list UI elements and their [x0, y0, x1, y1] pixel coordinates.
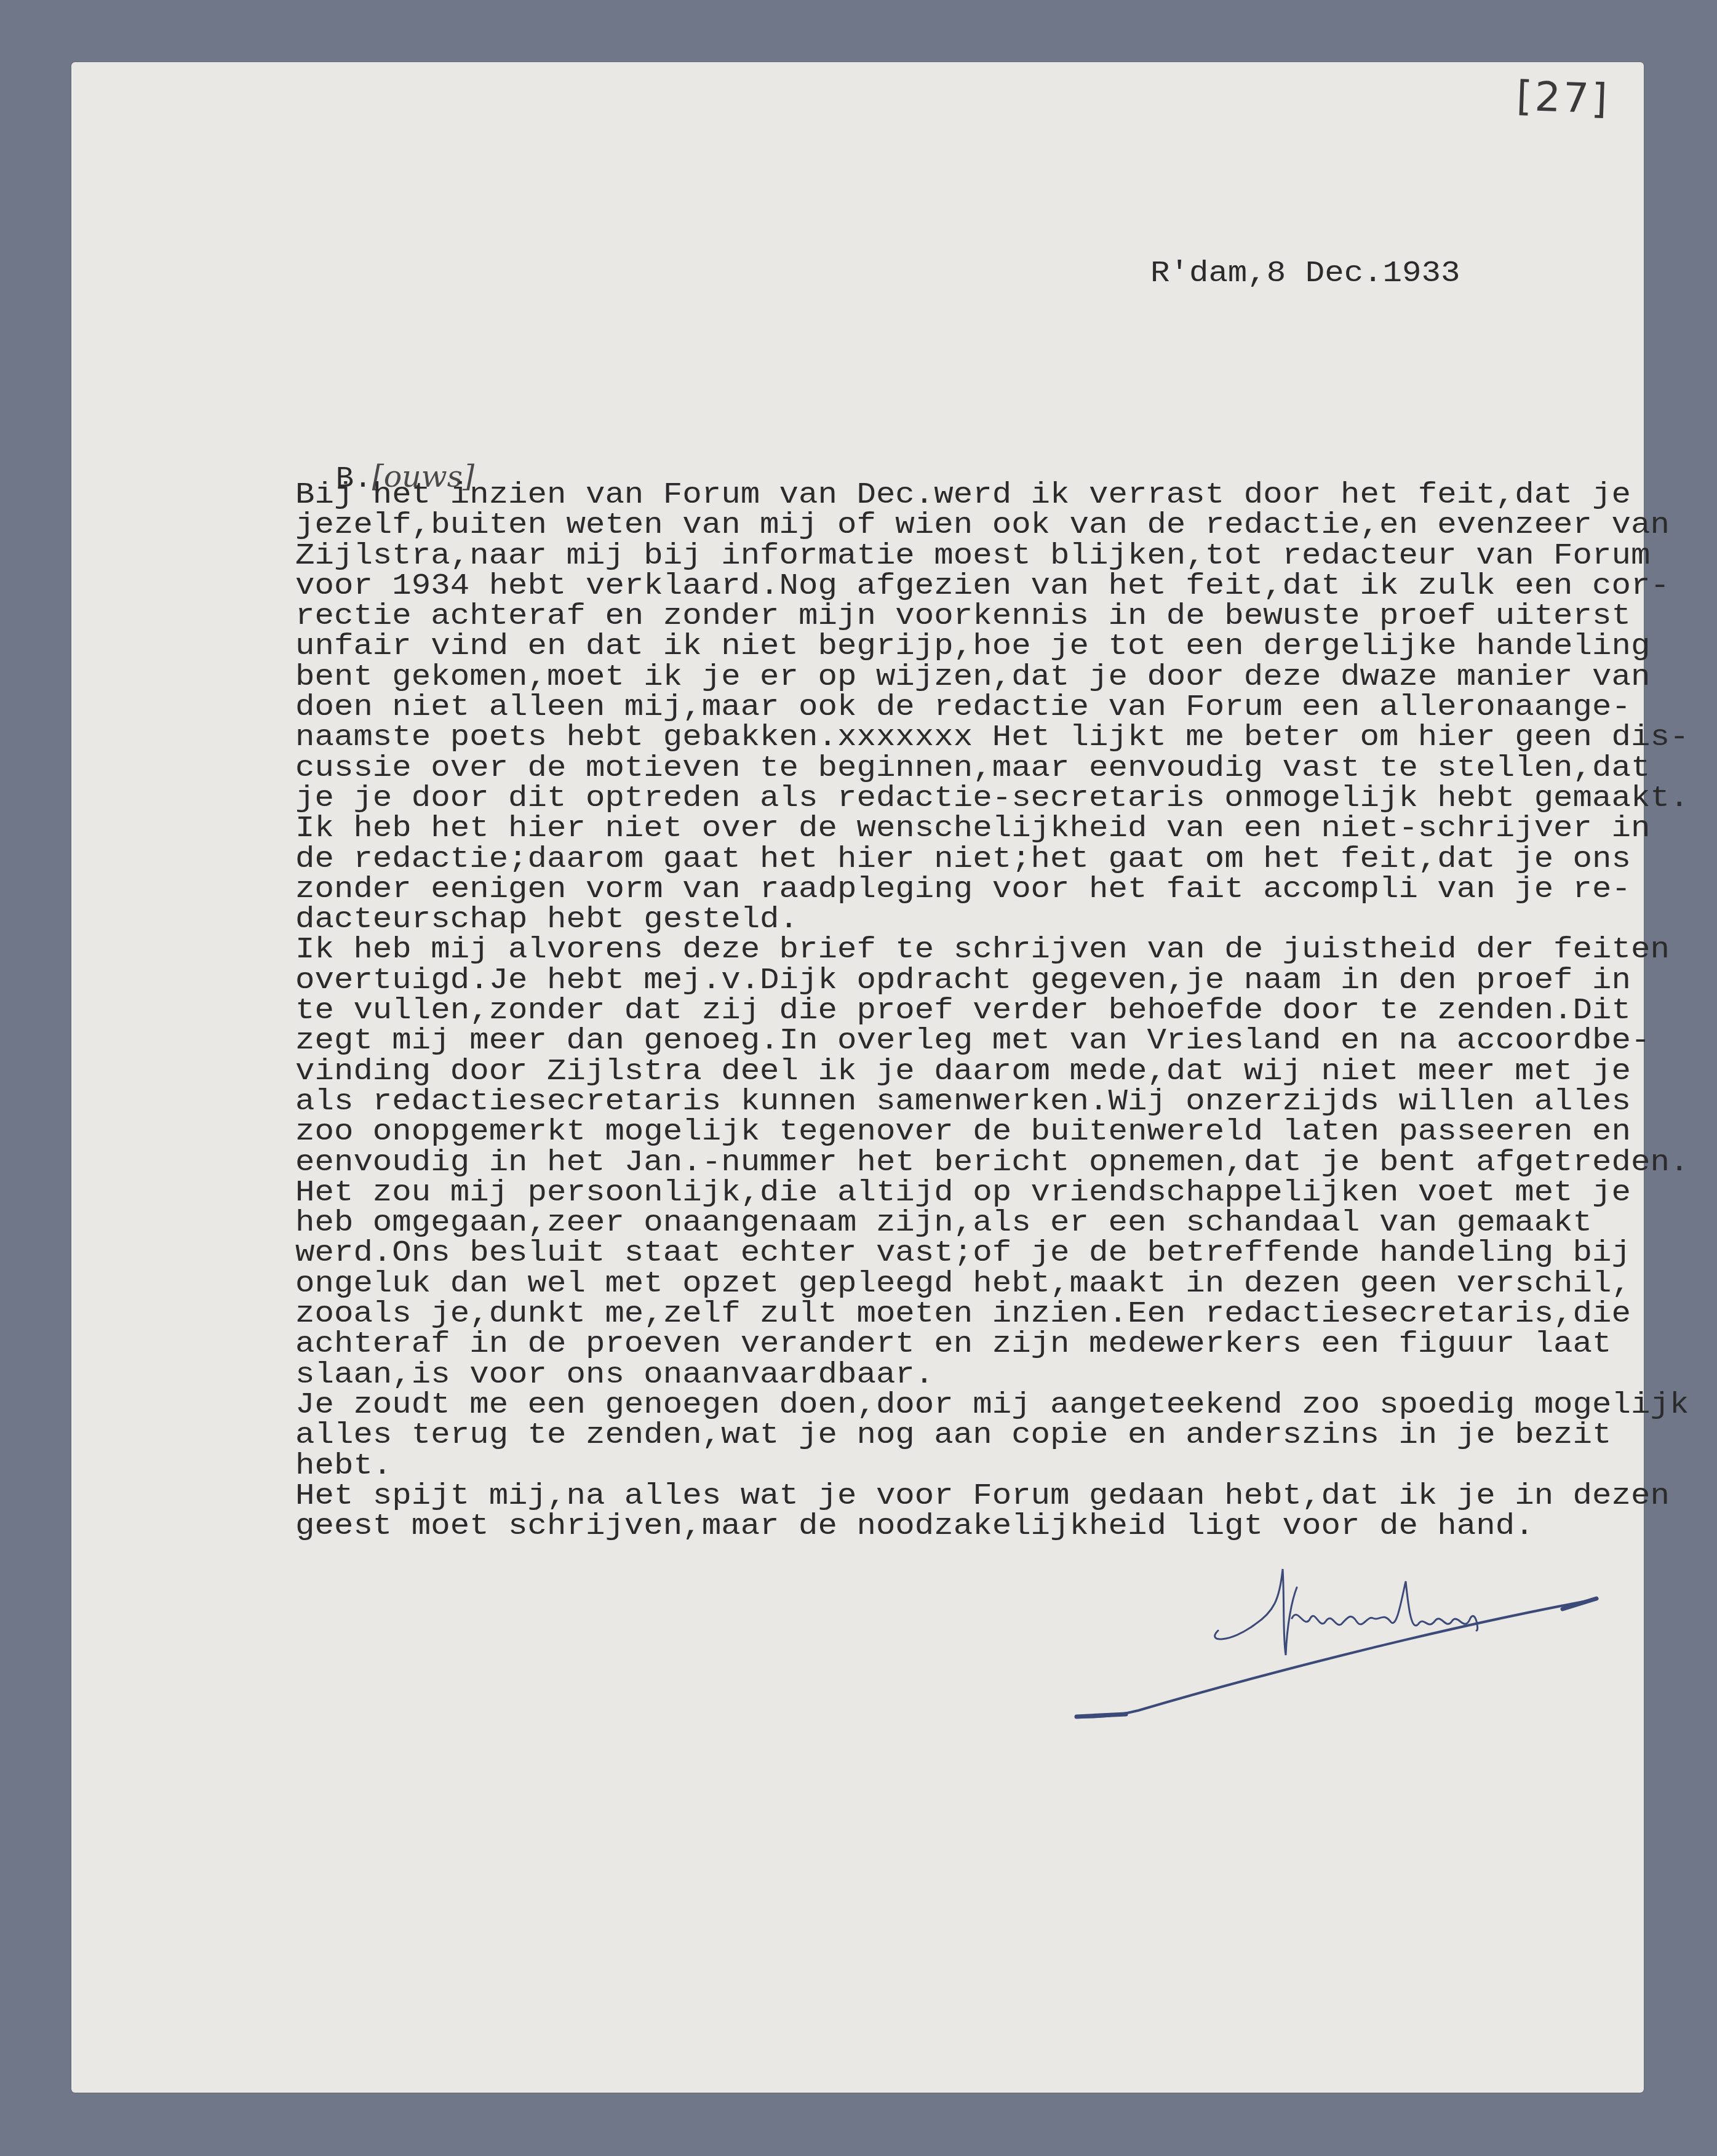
letter-line: werd.Ons besluit staat echter vast;of je… — [295, 1238, 1689, 1268]
letter-line: Het spijt mij,na alles wat je voor Forum… — [295, 1481, 1689, 1511]
letter-line: zegt mij meer dan genoeg.In overleg met … — [295, 1026, 1689, 1056]
letter-line: als redactiesecretaris kunnen samenwerke… — [295, 1087, 1689, 1117]
letter-line: je je door dit optreden als redactie-sec… — [295, 783, 1689, 813]
letter-line: ongeluk dan wel met opzet gepleegd hebt,… — [295, 1269, 1689, 1299]
letter-line: rectie achteraf en zonder mijn voorkenni… — [295, 601, 1689, 631]
letter-line: zonder eenigen vorm van raadpleging voor… — [295, 874, 1689, 904]
letter-line: dacteurschap hebt gesteld. — [295, 904, 1689, 935]
letter-line: Je zoudt me een genoegen doen,door mij a… — [295, 1390, 1689, 1420]
letter-line: naamste poets hebt gebakken.xxxxxxx Het … — [295, 722, 1689, 753]
letter-line: voor 1934 hebt verklaard.Nog afgezien va… — [295, 571, 1689, 601]
letter-line: hebt. — [295, 1451, 1689, 1481]
letter-line: doen niet alleen mij,maar ook de redacti… — [295, 692, 1689, 722]
letter-line: Bij het inzien van Forum van Dec.werd ik… — [295, 480, 1689, 510]
letter-line: vinding door Zijlstra deel ik je daarom … — [295, 1056, 1689, 1087]
letter-line: geest moet schrijven,maar de noodzakelij… — [295, 1511, 1689, 1541]
letter-line: eenvoudig in het Jan.-nummer het bericht… — [295, 1148, 1689, 1178]
letter-line: slaan,is voor ons onaanvaardbaar. — [295, 1360, 1689, 1390]
letter-line: alles terug te zenden,wat je nog aan cop… — [295, 1420, 1689, 1450]
letter-line: te vullen,zonder dat zij die proef verde… — [295, 996, 1689, 1026]
letter-body: Bij het inzien van Forum van Dec.werd ik… — [295, 480, 1689, 1541]
letter-line: Ik heb het hier niet over de wenschelijk… — [295, 813, 1689, 844]
letter-line: overtuigd.Je hebt mej.v.Dijk opdracht ge… — [295, 965, 1689, 996]
letter-line: achteraf in de proeven verandert en zijn… — [295, 1329, 1689, 1359]
letter-line: cussie over de motieven te beginnen,maar… — [295, 753, 1689, 783]
letter-line: Het zou mij persoonlijk,die altijd op vr… — [295, 1178, 1689, 1208]
letter-line: de redactie;daarom gaat het hier niet;he… — [295, 844, 1689, 874]
archive-number: [27] — [1516, 72, 1611, 122]
letter-line: Ik heb mij alvorens deze brief te schrij… — [295, 935, 1689, 965]
signature-flourish-icon — [1058, 1581, 1612, 1729]
letter-line: unfair vind en dat ik niet begrijp,hoe j… — [295, 631, 1689, 661]
letter-line: zoo onopgemerkt mogelijk tegenover de bu… — [295, 1117, 1689, 1147]
dateline: R'dam,8 Dec.1933 — [1150, 258, 1460, 289]
letter-line: zooals je,dunkt me,zelf zult moeten inzi… — [295, 1299, 1689, 1329]
letter-line: jezelf,buiten weten van mij of wien ook … — [295, 510, 1689, 540]
letter-line: Zijlstra,naar mij bij informatie moest b… — [295, 541, 1689, 571]
letter-line: bent gekomen,moet ik je er op wijzen,dat… — [295, 662, 1689, 692]
letter-line: heb omgegaan,zeer onaangenaam zijn,als e… — [295, 1208, 1689, 1238]
